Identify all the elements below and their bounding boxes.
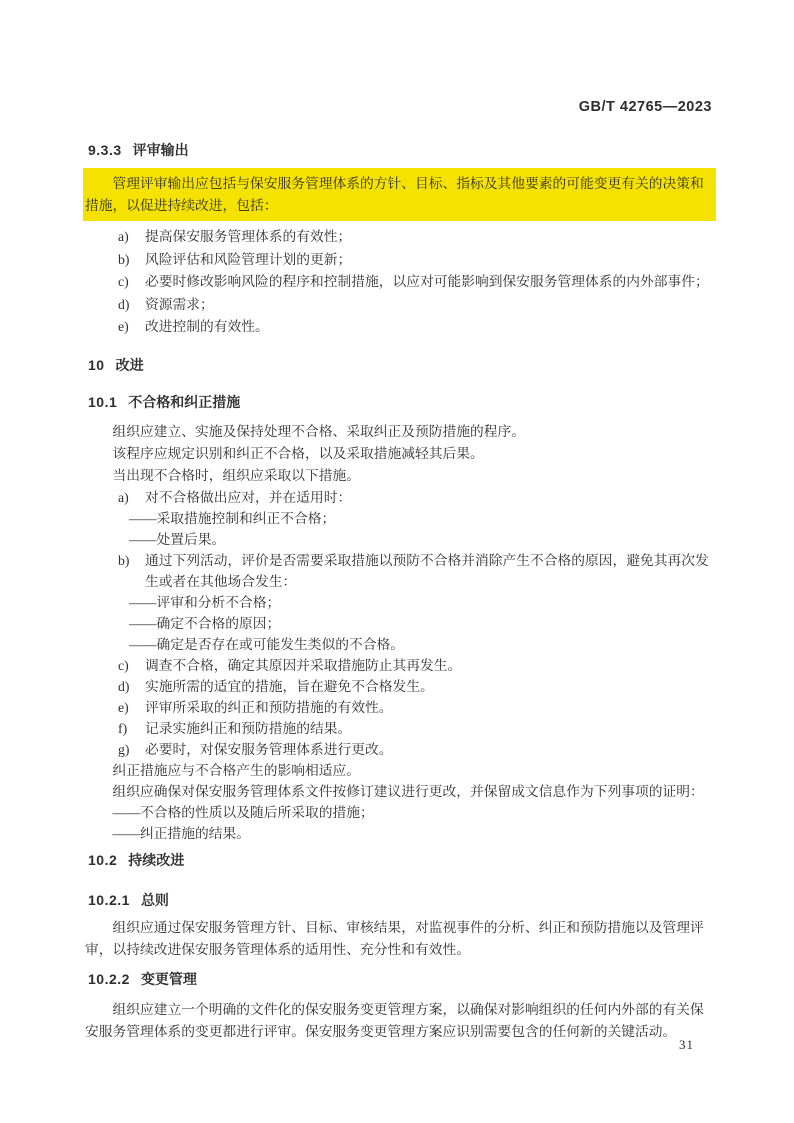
list-item-label: e) (118, 697, 129, 718)
list-item: b) 通过下列活动，评价是否需要采取措施以预防不合格并消除产生不合格的原因，避免… (85, 550, 716, 592)
list-item-text: 评审所采取的纠正和预防措施的有效性。 (145, 700, 393, 715)
list-item-label: a) (118, 487, 129, 508)
list-item: e) 改进控制的有效性。 (85, 316, 716, 339)
clause-10-1-intro: 组织应建立、实施及保持处理不合格、采取纠正及预防措施的程序。 该程序应规定识别和… (85, 421, 716, 487)
page-number: 31 (679, 1037, 694, 1053)
dash-subitem: ——确定不合格的原因； (85, 613, 716, 634)
list-item-text: 调查不合格，确定其原因并采取措施防止其再发生。 (145, 658, 461, 673)
list-item-text: 对不合格做出应对，并在适用时： (145, 490, 351, 505)
dash-item: ——纠正措施的结果。 (85, 823, 716, 844)
list-item: e) 评审所采取的纠正和预防措施的有效性。 (85, 697, 716, 718)
section-heading-10-1: 10.1不合格和纠正措施 (85, 392, 716, 412)
list-item-text: 通过下列活动，评价是否需要采取措施以预防不合格并消除产生不合格的原因，避免其再次… (145, 553, 709, 589)
section-number: 10.2.2 (88, 971, 130, 987)
dash-subitem: ——评审和分析不合格； (85, 592, 716, 613)
list-item-text: 记录实施纠正和预防措施的结果。 (145, 721, 351, 736)
paragraph: 该程序应规定识别和纠正不合格，以及采取措施减轻其后果。 (85, 443, 716, 465)
dash-subitem: ——处置后果。 (85, 529, 716, 550)
section-number: 10 (88, 357, 105, 373)
list-item-text: 实施所需的适宜的措施，旨在避免不合格发生。 (145, 679, 434, 694)
list-item: g) 必要时，对保安服务管理体系进行更改。 (85, 739, 716, 760)
list-item-text: 必要时修改影响风险的程序和控制措施，以应对可能影响到保安服务管理体系的内外部事件… (145, 274, 709, 289)
list-item-label: c) (118, 271, 129, 294)
list-item: c) 必要时修改影响风险的程序和控制措施，以应对可能影响到保安服务管理体系的内外… (85, 271, 716, 294)
list-item: d) 资源需求； (85, 294, 716, 317)
dash-item: ——不合格的性质以及随后所采取的措施； (85, 802, 716, 823)
section-title: 不合格和纠正措施 (128, 394, 240, 410)
highlight-block: 管理评审输出应包括与保安服务管理体系的方针、目标、指标及其他要素的可能变更有关的… (83, 168, 716, 221)
list-item: d) 实施所需的适宜的措施，旨在避免不合格发生。 (85, 676, 716, 697)
dash-subitem: ——采取措施控制和纠正不合格； (85, 508, 716, 529)
section-title: 评审输出 (133, 142, 189, 158)
list-item-label: b) (118, 550, 129, 571)
paragraph: 纠正措施应与不合格产生的影响相适应。 (85, 760, 716, 781)
paragraph: 组织应建立、实施及保持处理不合格、采取纠正及预防措施的程序。 (85, 421, 716, 443)
list-item-text: 必要时，对保安服务管理体系进行更改。 (145, 742, 393, 757)
paragraph: 组织应确保对保安服务管理体系文件按修订建议进行更改，并保留成文信息作为下列事项的… (85, 781, 716, 802)
list-item: c) 调查不合格，确定其原因并采取措施防止其再发生。 (85, 655, 716, 676)
section-number: 10.2.1 (88, 892, 130, 908)
section-title: 总则 (141, 892, 169, 908)
list-item-label: a) (118, 226, 129, 249)
list-item: a) 对不合格做出应对，并在适用时： (85, 487, 716, 508)
document-number: GB/T 42765—2023 (85, 98, 716, 116)
list-item-text: 提高保安服务管理体系的有效性； (145, 229, 351, 244)
list-item: b) 风险评估和风险管理计划的更新； (85, 249, 716, 272)
list-item-text: 资源需求； (145, 297, 214, 312)
section-heading-9-3-3: 9.3.3评审输出 (85, 140, 716, 160)
list-item-label: g) (118, 739, 129, 760)
list-item-label: f) (118, 718, 127, 739)
highlighted-paragraph: 管理评审输出应包括与保安服务管理体系的方针、目标、指标及其他要素的可能变更有关的… (85, 173, 714, 217)
list-item-text: 风险评估和风险管理计划的更新； (145, 252, 351, 267)
list-item-label: c) (118, 655, 129, 676)
paragraph: 组织应通过保安服务管理方针、目标、审核结果，对监视事件的分析、纠正和预防措施以及… (85, 917, 716, 961)
list-item-label: d) (118, 294, 129, 317)
clause-10-1-list: a) 对不合格做出应对，并在适用时： ——采取措施控制和纠正不合格； ——处置后… (85, 487, 716, 844)
paragraph: 组织应建立一个明确的文件化的保安服务变更管理方案，以确保对影响组织的任何内外部的… (85, 999, 716, 1043)
section-heading-10-2-1: 10.2.1总则 (85, 890, 716, 910)
dash-subitem: ——确定是否存在或可能发生类似的不合格。 (85, 634, 716, 655)
section-title: 改进 (116, 357, 144, 373)
section-number: 9.3.3 (88, 142, 122, 158)
page-content: GB/T 42765—2023 9.3.3评审输出 管理评审输出应包括与保安服务… (85, 0, 716, 1043)
list-item-label: b) (118, 249, 129, 272)
list-item: a) 提高保安服务管理体系的有效性； (85, 226, 716, 249)
section-heading-10-2: 10.2持续改进 (85, 850, 716, 870)
clause-9-3-3-list: a) 提高保安服务管理体系的有效性； b) 风险评估和风险管理计划的更新； c)… (85, 226, 716, 339)
section-title: 变更管理 (141, 971, 197, 987)
list-item-label: d) (118, 676, 129, 697)
section-number: 10.2 (88, 852, 117, 868)
list-item-text: 改进控制的有效性。 (145, 319, 269, 334)
list-item-label: e) (118, 316, 129, 339)
section-title: 持续改进 (128, 852, 184, 868)
paragraph: 当出现不合格时，组织应采取以下措施。 (85, 465, 716, 487)
section-heading-10-2-2: 10.2.2变更管理 (85, 969, 716, 989)
list-item: f) 记录实施纠正和预防措施的结果。 (85, 718, 716, 739)
section-number: 10.1 (88, 394, 117, 410)
section-heading-10: 10改进 (85, 355, 716, 375)
